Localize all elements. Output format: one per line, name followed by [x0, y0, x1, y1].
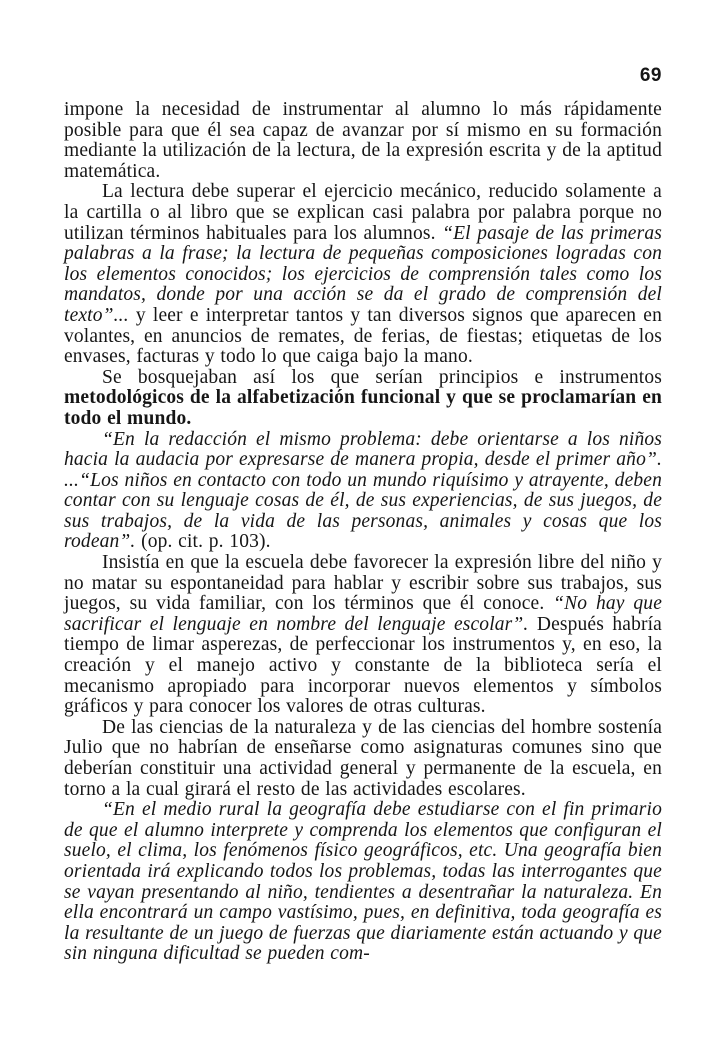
text-segment-citation: (op. cit. p. 103). [135, 531, 270, 552]
paragraph: Insistía en que la escuela debe favorece… [64, 553, 662, 718]
text-segment-quote: “En el medio rural la geografía debe est… [64, 799, 668, 964]
paragraph: “En la redacción el mismo problema: debe… [64, 430, 662, 554]
paragraph: impone la necesidad de instrumentar al a… [64, 100, 662, 182]
scanned-page: 69 impone la necesidad de instrumentar a… [0, 0, 726, 1057]
text-segment: De las ciencias de la naturaleza y de la… [64, 717, 668, 800]
paragraph: Se bosquejaban así los que serían princi… [64, 368, 662, 430]
text-segment: impone la necesidad de instrumentar al a… [64, 99, 668, 182]
page-number: 69 [64, 66, 662, 85]
paragraph: La lectura debe superar el ejercicio mec… [64, 182, 662, 367]
paragraph: De las ciencias de la naturaleza y de la… [64, 718, 662, 800]
text-segment: Se bosquejaban así los que serían princi… [102, 367, 668, 388]
paragraph: “En el medio rural la geografía debe est… [64, 800, 662, 965]
text-segment: y leer e interpretar tantos y tan divers… [64, 305, 668, 367]
page-content: 69 impone la necesidad de instrumentar a… [64, 66, 662, 965]
text-segment-emphasis: metodológicos de la alfabetización funci… [64, 387, 668, 429]
